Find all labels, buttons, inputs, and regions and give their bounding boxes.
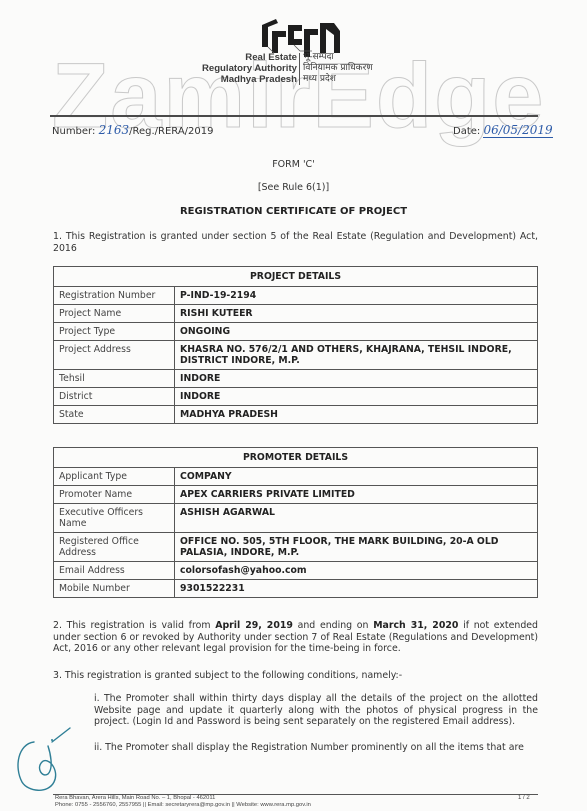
field-value: INDORE xyxy=(175,388,538,406)
field-value: MADHYA PRADESH xyxy=(175,406,538,424)
org-name-english: Real Estate Regulatory Authority Madhya … xyxy=(202,52,297,85)
field-label: State xyxy=(54,406,175,424)
field-label: Registration Number xyxy=(54,287,175,305)
page-number: 1 / 2 xyxy=(518,795,530,801)
handwritten-date: 06/05/2019 xyxy=(483,123,552,138)
project-detail-row: Project TypeONGOING xyxy=(54,323,538,341)
field-value: ONGOING xyxy=(175,323,538,341)
signature-icon xyxy=(8,712,78,802)
field-value: 9301522231 xyxy=(175,580,538,598)
field-label: District xyxy=(54,388,175,406)
footer-contact: Rera Bhavan, Arera Hills, Main Road No. … xyxy=(55,795,311,809)
valid-from-date: April 29, 2019 xyxy=(215,620,293,631)
field-label: Promoter Name xyxy=(54,486,175,504)
field-label: Project Address xyxy=(54,341,175,370)
valid-until-date: March 31, 2020 xyxy=(373,620,458,631)
promoter-detail-row: Mobile Number9301522231 xyxy=(54,580,538,598)
header-divider xyxy=(50,115,538,117)
field-label: Registered Office Address xyxy=(54,533,175,562)
reference-number: Number: 2163/Reg./RERA/2019 xyxy=(52,123,214,137)
paragraph-3: 3. This registration is granted subject … xyxy=(53,670,538,682)
field-value: INDORE xyxy=(175,370,538,388)
field-label: Mobile Number xyxy=(54,580,175,598)
project-details-table: PROJECT DETAILS Registration NumberP-IND… xyxy=(53,266,538,424)
promoter-details-heading: PROMOTER DETAILS xyxy=(54,448,538,468)
field-label: Applicant Type xyxy=(54,468,175,486)
paragraph-2: 2. This registration is valid from April… xyxy=(53,620,538,655)
condition-1: i. The Promoter shall within thirty days… xyxy=(94,693,538,728)
field-value: RISHI KUTEER xyxy=(175,305,538,323)
field-value: colorsofash@yahoo.com xyxy=(175,562,538,580)
project-detail-row: Project AddressKHASRA NO. 576/2/1 AND OT… xyxy=(54,341,538,370)
project-detail-row: Project NameRISHI KUTEER xyxy=(54,305,538,323)
promoter-detail-row: Registered Office AddressOFFICE NO. 505,… xyxy=(54,533,538,562)
promoter-details-table: PROMOTER DETAILS Applicant TypeCOMPANYPr… xyxy=(53,447,538,598)
field-label: Tehsil xyxy=(54,370,175,388)
certificate-page: ZamirEdge Real Estate Regulatory Authori… xyxy=(0,0,587,811)
project-detail-row: Registration NumberP-IND-19-2194 xyxy=(54,287,538,305)
form-name: FORM 'C' xyxy=(0,159,587,170)
project-detail-row: StateMADHYA PRADESH xyxy=(54,406,538,424)
field-value: ASHISH AGARWAL xyxy=(175,504,538,533)
field-value: OFFICE NO. 505, 5TH FLOOR, THE MARK BUIL… xyxy=(175,533,538,562)
field-value: P-IND-19-2194 xyxy=(175,287,538,305)
promoter-detail-row: Email Addresscolorsofash@yahoo.com xyxy=(54,562,538,580)
project-detail-row: DistrictINDORE xyxy=(54,388,538,406)
paragraph-1: 1. This Registration is granted under se… xyxy=(53,231,538,254)
field-value: COMPANY xyxy=(175,468,538,486)
field-value: APEX CARRIERS PRIVATE LIMITED xyxy=(175,486,538,504)
field-label: Project Name xyxy=(54,305,175,323)
handwritten-number: 2163 xyxy=(99,123,130,137)
promoter-detail-row: Promoter NameAPEX CARRIERS PRIVATE LIMIT… xyxy=(54,486,538,504)
field-label: Email Address xyxy=(54,562,175,580)
field-label: Executive Officers Name xyxy=(54,504,175,533)
org-name-hindi: भू-सम्पदा विनियामक प्राधिकरण मध्य प्रदेश xyxy=(303,52,373,85)
certificate-title: REGISTRATION CERTIFICATE OF PROJECT xyxy=(0,206,587,217)
promoter-detail-row: Executive Officers NameASHISH AGARWAL xyxy=(54,504,538,533)
issue-date: Date: 06/05/2019 xyxy=(453,123,553,137)
project-details-heading: PROJECT DETAILS xyxy=(54,267,538,287)
project-detail-row: TehsilINDORE xyxy=(54,370,538,388)
field-value: KHASRA NO. 576/2/1 AND OTHERS, KHAJRANA,… xyxy=(175,341,538,370)
promoter-detail-row: Applicant TypeCOMPANY xyxy=(54,468,538,486)
org-divider xyxy=(299,53,300,85)
form-rule: [See Rule 6(1)] xyxy=(0,182,587,193)
condition-2: ii. The Promoter shall display the Regis… xyxy=(94,742,538,754)
field-label: Project Type xyxy=(54,323,175,341)
